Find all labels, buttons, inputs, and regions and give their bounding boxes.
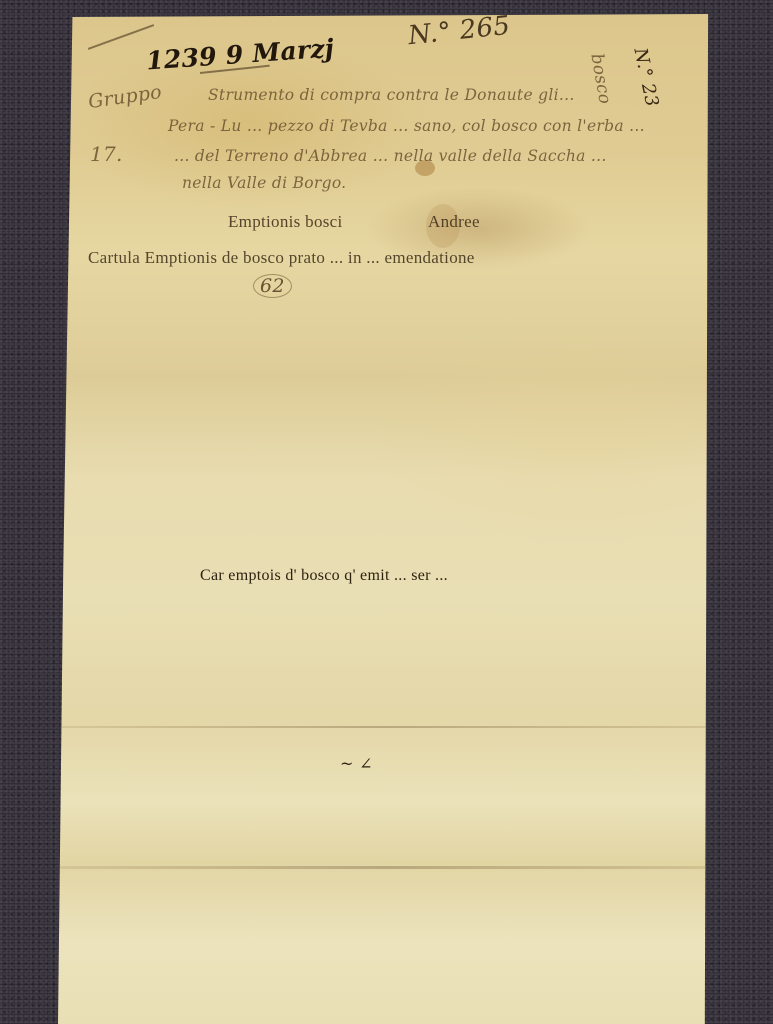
right-margin-note: bosco [586,52,615,106]
folio-mark: 62 [253,274,292,298]
fold-crease [58,866,714,869]
reference-number: N.° 265 [407,11,512,52]
bottom-mark: ~ ∠ [340,754,373,773]
summary-line: Pera - Lu ... pezzo di Tevba ... sano, c… [168,117,645,135]
fold-crease [58,726,714,728]
endorsement: Car emptois d' bosco q' emit ... ser ... [200,567,448,585]
summary-line: Strumento di compra contra le Donaute gl… [208,86,575,104]
summary-line: ... del Terreno d'Abbrea ... nella valle… [174,147,607,165]
left-margin-note: Gruppo [87,81,163,113]
older-note: Cartula Emptionis de bosco prato ... in … [88,248,475,268]
right-corner-number: N.° 23 [629,46,662,109]
latin-title-right: Andree [428,212,480,232]
summary-line: nella Valle di Borgo. [182,174,346,192]
pen-stroke [88,24,154,49]
left-margin-number: 17. [90,142,123,166]
latin-title-left: Emptionis bosci [228,212,343,232]
parchment-sheet: 1239 9 Marzj N.° 265 bosco N.° 23 Gruppo… [58,14,714,1024]
